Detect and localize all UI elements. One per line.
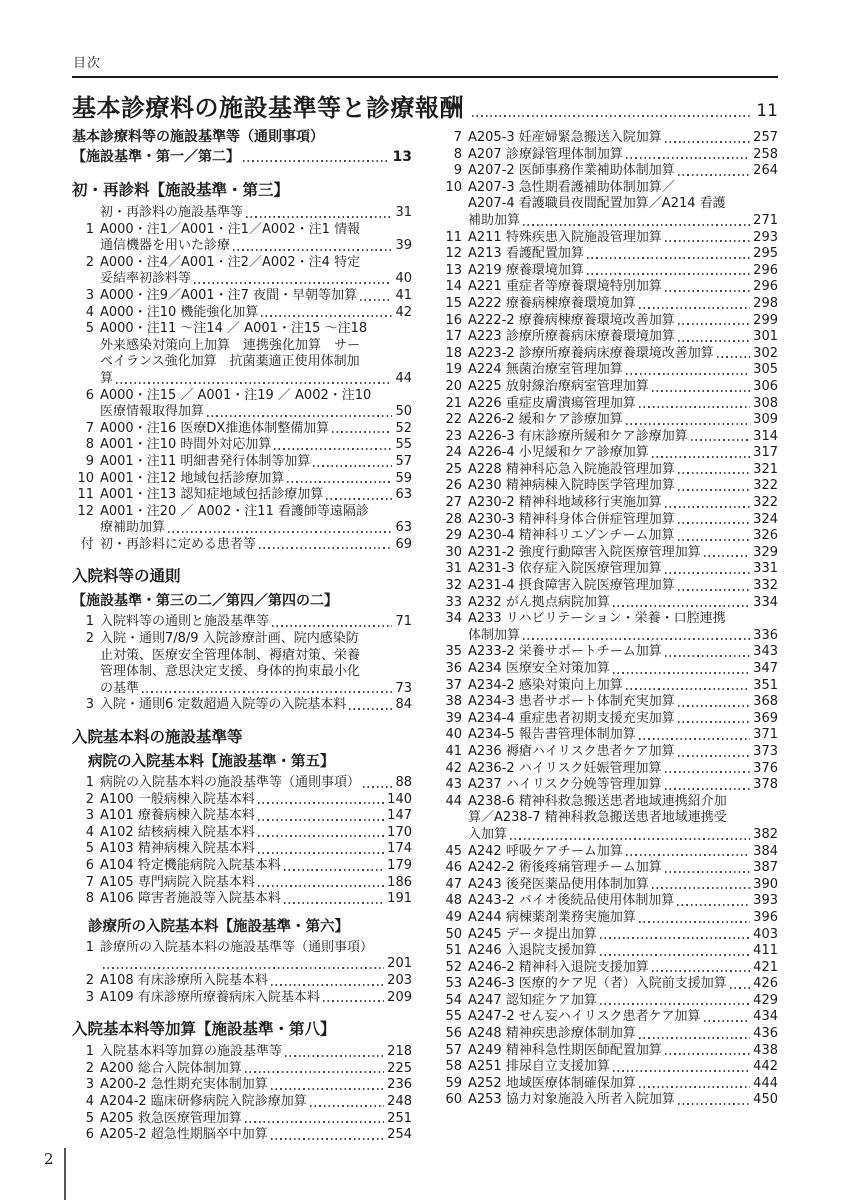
toc-entry-line: 1入院料等の通則と施設基準等71 [72, 614, 412, 631]
entry-text: 入院基本料等加算の施設基準等 [100, 1044, 282, 1061]
entry-text: A000・注15 ／ A001・注19 ／ A002・注10 [100, 388, 371, 405]
dot-leader [313, 465, 392, 467]
entry-text: 算／A238-7 精神科救急搬送患者地域連携受 [468, 810, 727, 827]
toc-entry-line: 27A230-2 精神科地域移行実施加算322 [440, 495, 778, 512]
entry-number: 17 [440, 329, 462, 346]
toc-entry-line: 2A100 一般病棟入院基本料140 [72, 792, 412, 809]
toc-entries: 1入院基本料等加算の施設基準等2182A200 総合入院体制加算2253A200… [72, 1044, 412, 1144]
dot-leader [271, 1088, 384, 1090]
entry-page-number: 251 [387, 1111, 412, 1128]
toc-entry-line: 52A246-2 精神科入退院支援加算421 [440, 960, 778, 977]
entry-text: A200 総合入院体制加算 [100, 1061, 242, 1078]
toc-entry-line: 体制加算336 [440, 628, 778, 645]
header-rule [72, 76, 778, 78]
entry-number: 47 [440, 877, 462, 894]
entry-page-number: 329 [753, 545, 778, 562]
dot-leader [665, 290, 750, 292]
dot-leader [207, 415, 392, 417]
dot-leader [678, 323, 750, 325]
toc-entry-line: 5A103 精神病棟入院基本料174 [72, 841, 412, 858]
entry-page-number: 376 [753, 761, 778, 778]
main-title-row: 基本診療料の施設基準等と診療報酬 11 [72, 88, 778, 123]
toc-entry-line: 12A213 看護配置加算295 [440, 246, 778, 263]
dot-leader [287, 481, 392, 483]
entry-page-number: 309 [753, 412, 778, 429]
entry-text: A104 特定機能病院入院基本料 [100, 858, 281, 875]
toc-entry-line: 4A102 結核病棟入院基本料170 [72, 825, 412, 842]
entry-page-number: 41 [395, 288, 412, 305]
entry-page-number: 396 [753, 910, 778, 927]
toc-entry-line: 補助加算271 [440, 213, 778, 230]
toc-entry-line: 3A109 有床診療所療養病床入院基本料209 [72, 990, 412, 1007]
toc-entry-line: 15A222 療養病棟療養環境加算298 [440, 296, 778, 313]
entry-text: A237 ハイリスク分娩等管理加算 [468, 777, 662, 794]
toc-entry-line: 55A247-2 せん妄ハイリスク患者ケア加算434 [440, 1009, 778, 1026]
entry-page-number: 421 [753, 960, 778, 977]
entry-page-number: 73 [395, 681, 412, 698]
entry-text: 算 [100, 371, 113, 388]
entry-number: 12 [440, 246, 462, 263]
toc-entry-line: 51A246 入退院支援加算411 [440, 943, 778, 960]
toc-entry-line: 37A234-2 感染対策向上加算351 [440, 678, 778, 695]
toc-section-heading: 基本診療料等の施設基準等（通則事項） [72, 127, 412, 147]
toc-entry-line: 40A234-5 報告書管理体制加算371 [440, 727, 778, 744]
dot-leader [639, 1037, 750, 1039]
entry-page-number: 444 [753, 1076, 778, 1093]
dot-leader [116, 382, 392, 384]
entry-text: A243 後発医薬品使用体制加算 [468, 877, 649, 894]
toc-entry-line: 22A226-2 緩和ケア診療加算309 [440, 412, 778, 429]
entry-page-number: 71 [395, 614, 412, 631]
entry-text: A234-2 感染対策向上加算 [468, 678, 623, 695]
entry-text: A219 療養環境加算 [468, 263, 584, 280]
entry-text: 医療情報取得加算 [100, 404, 204, 421]
dot-leader [665, 506, 750, 508]
entry-number: 4 [72, 305, 94, 322]
toc-entry-line: 46A242-2 術後疼痛管理チーム加算387 [440, 860, 778, 877]
dot-leader [332, 431, 392, 433]
entry-page-number: 203 [387, 973, 412, 990]
entry-page-number: 254 [387, 1127, 412, 1144]
entry-text: A000・注1／A001・注1／A002・注1 情報 [100, 222, 360, 239]
entry-page-number: 63 [395, 520, 412, 537]
heading-text: 【施設基準・第一／第二】 [72, 147, 240, 167]
entry-text: 診療所の入院基本料の施設基準等（通則事項） [100, 940, 373, 957]
dot-leader [284, 869, 384, 871]
entry-text: 通信機器を用いた診療 [100, 238, 230, 255]
entry-number: 8 [440, 147, 462, 164]
entry-page-number: 209 [387, 990, 412, 1007]
entry-text: A233 リハビリテーション・栄養・口腔連携 [468, 611, 726, 628]
entry-text: A207-4 看護職員夜間配置加算／A214 看護 [468, 196, 726, 213]
entry-text: A205 救急医療管理加算 [100, 1111, 242, 1128]
entry-text: A230-3 精神科身体合併症管理加算 [468, 512, 675, 529]
entry-text: 入院・通則6 定数超過入院等の入院基本料 [100, 697, 346, 714]
entry-page-number: 347 [753, 661, 778, 678]
entry-page-number: 186 [387, 875, 412, 892]
entry-number: 25 [440, 462, 462, 479]
toc-entry-line: 41A236 褥瘡ハイリスク患者ケア加算373 [440, 744, 778, 761]
entry-number: 16 [440, 313, 462, 330]
entry-number: 14 [440, 279, 462, 296]
toc-entry-line: 33A232 がん拠点病院加算334 [440, 595, 778, 612]
entry-text: 療補助加算 [100, 520, 165, 537]
entry-page-number: 322 [753, 478, 778, 495]
entry-page-number: 55 [395, 437, 412, 454]
entry-number: 8 [72, 891, 94, 908]
dot-leader [678, 340, 750, 342]
entry-text: 補助加算 [468, 213, 520, 230]
entry-number: 51 [440, 943, 462, 960]
dot-leader [677, 904, 750, 906]
dot-leader [349, 708, 392, 710]
entry-page-number: 147 [387, 808, 412, 825]
entry-number: 31 [440, 561, 462, 578]
entry-number: 23 [440, 429, 462, 446]
dot-leader [665, 871, 750, 873]
toc-entry-line: 5A205 救急医療管理加算251 [72, 1111, 412, 1128]
toc-entry-line: 11A211 特殊疾患入院施設管理加算293 [440, 230, 778, 247]
entry-text: A243-2 バイオ後続品使用体制加算 [468, 893, 674, 910]
dot-leader [665, 771, 751, 773]
footer-page-number: 2 [44, 1150, 54, 1168]
toc-entry-line: 9A207-2 医師事務作業補助体制加算264 [440, 163, 778, 180]
entry-number: 34 [440, 611, 462, 628]
entry-number: 5 [72, 321, 94, 338]
toc-entry-line: 8A207 診療録管理体制加算258 [440, 147, 778, 164]
entry-page-number: 322 [753, 495, 778, 512]
toc-entry-line: 39A234-4 重症患者初期支援充実加算369 [440, 711, 778, 728]
toc-entry-line: 53A246-3 医療的ケア児（者）入院前支援加算426 [440, 976, 778, 993]
toc-entry-line: 18A223-2 診療所療養病床療養環境改善加算302 [440, 346, 778, 363]
toc-entries: 1入院料等の通則と施設基準等712入院・通則7/8/9 入院診療計画、院内感染防… [72, 614, 412, 714]
entry-page-number: 84 [395, 697, 412, 714]
toc-entry-line: 6A000・注15 ／ A001・注19 ／ A002・注10 [72, 388, 412, 405]
entry-text: 管理体制、意思決定支援、身体的拘束最小化 [100, 664, 360, 681]
entry-text: 外来感染対策向上加算 連携強化加算 サー [100, 338, 360, 355]
dot-leader [704, 1020, 751, 1022]
toc-entry-line: 3入院・通則6 定数超過入院等の入院基本料84 [72, 697, 412, 714]
toc-entry-line: 2A200 総合入院体制加算225 [72, 1061, 412, 1078]
entry-page-number: 317 [753, 445, 778, 462]
entry-page-number: 140 [387, 792, 412, 809]
entry-page-number: 170 [387, 825, 412, 842]
entry-text: A211 特殊疾患入院施設管理加算 [468, 230, 662, 247]
entry-text: A234 医療安全対策加算 [468, 661, 610, 678]
entry-page-number: 369 [753, 711, 778, 728]
entry-number: 26 [440, 478, 462, 495]
entry-page-number: 44 [395, 371, 412, 388]
footer-rule [64, 1148, 66, 1200]
dot-leader [678, 589, 750, 591]
entry-text: A213 看護配置加算 [468, 246, 584, 263]
entry-text: A221 重症者等療養環境特別加算 [468, 279, 662, 296]
dot-leader [523, 638, 750, 640]
entry-text: A234-3 患者サポート体制充実加算 [468, 694, 675, 711]
entry-text: A225 放射線治療病室管理加算 [468, 379, 649, 396]
dot-leader [652, 390, 750, 392]
entry-number: 55 [440, 1009, 462, 1026]
entry-text: A000・注11 ～注14 ／ A001・注15 ～注18 [100, 321, 367, 338]
entry-page-number: 257 [753, 130, 778, 147]
entry-page-number: 429 [753, 993, 778, 1010]
dot-leader [626, 688, 750, 690]
entry-number: 21 [440, 396, 462, 413]
entry-text: 止対策、医療安全管理体制、褥瘡対策、栄養 [100, 648, 360, 665]
entry-text: A103 精神病棟入院基本料 [100, 841, 255, 858]
entry-text: A231-3 依存症入院医療管理加算 [468, 561, 662, 578]
toc-entry-line: 32A231-4 摂食障害入院医療管理加算332 [440, 578, 778, 595]
entry-number: 3 [72, 808, 94, 825]
entry-text: A233-2 栄養サポートチーム加算 [468, 644, 662, 661]
dot-leader [285, 1055, 384, 1057]
dot-leader [246, 216, 392, 218]
entry-page-number: 382 [753, 827, 778, 844]
entry-page-number: 343 [753, 644, 778, 661]
entry-text: A246-3 医療的ケア児（者）入院前支援加算 [468, 976, 727, 993]
toc-right-column: 7A205-3 妊産婦緊急搬送入院加算2578A207 診療録管理体制加算258… [440, 127, 778, 1144]
toc-entry-line: 3A200-2 急性期充実体制加算236 [72, 1077, 412, 1094]
entry-number: 9 [72, 454, 94, 471]
entry-number: 1 [72, 222, 94, 239]
entry-text: 病院の入院基本料の施設基準等（通則事項） [100, 775, 360, 792]
entry-page-number: 336 [753, 628, 778, 645]
dot-leader [142, 691, 392, 693]
dot-leader [626, 423, 750, 425]
entry-page-number: 57 [395, 454, 412, 471]
dot-leader [704, 555, 750, 557]
entry-text: A226-4 小児緩和ケア診療加算 [468, 445, 649, 462]
dot-leader [613, 605, 750, 607]
entry-number: 45 [440, 844, 462, 861]
entry-text: A000・注4／A001・注2／A002・注4 特定 [100, 255, 360, 272]
entry-text: A231-4 摂食障害入院医療管理加算 [468, 578, 675, 595]
entry-page-number: 52 [395, 421, 412, 438]
toc-entry-line: 19A224 無菌治療室管理加算305 [440, 362, 778, 379]
entry-page-number: 326 [753, 528, 778, 545]
entry-number: 54 [440, 993, 462, 1010]
entry-text: A228 精神科応急入院施設管理加算 [468, 462, 675, 479]
entry-text: A000・注9／A001・注7 夜間・早朝等加算 [100, 288, 357, 305]
entry-number: 60 [440, 1092, 462, 1109]
dot-leader [259, 547, 392, 549]
dot-leader [626, 373, 750, 375]
entry-page-number: 314 [753, 429, 778, 446]
toc-entry-line: 29A230-4 精神科リエゾンチーム加算326 [440, 528, 778, 545]
entry-number: 46 [440, 860, 462, 877]
toc-entry-line: 28A230-3 精神科身体合併症管理加算324 [440, 512, 778, 529]
entry-page-number: 296 [753, 263, 778, 280]
entry-page-number: 332 [753, 578, 778, 595]
entry-number: 10 [440, 180, 462, 197]
entry-text: A207-3 急性期看護補助体制加算／ [468, 180, 675, 197]
dot-leader [472, 115, 750, 117]
entry-page-number: 191 [387, 891, 412, 908]
toc-entry-line: 2A108 有床診療所入院基本料203 [72, 973, 412, 990]
entry-page-number: 88 [395, 775, 412, 792]
entry-number: 56 [440, 1026, 462, 1043]
toc-section-heading: 入院基本料の施設基準等 [72, 727, 412, 748]
entry-number: 15 [440, 296, 462, 313]
dot-leader [639, 406, 750, 408]
entry-number: 8 [72, 437, 94, 454]
dot-leader [626, 854, 750, 856]
dot-leader [665, 240, 750, 242]
toc-entries: 1病院の入院基本料の施設基準等（通則事項）882A100 一般病棟入院基本料14… [72, 775, 412, 908]
entry-text: A230-4 精神科リエゾンチーム加算 [468, 528, 675, 545]
dot-leader [639, 738, 750, 740]
toc-entry-line: 算44 [72, 371, 412, 388]
entry-text: A200-2 急性期充実体制加算 [100, 1077, 268, 1094]
entry-page-number: 371 [753, 727, 778, 744]
dot-leader [523, 224, 750, 226]
entry-text: A001・注12 地域包括診療加算 [100, 471, 284, 488]
toc-entry-line: 7A105 専門病院入院基本料186 [72, 875, 412, 892]
entry-text: 初・再診料の施設基準等 [100, 205, 243, 222]
entry-number: 37 [440, 678, 462, 695]
entry-page-number: 248 [387, 1094, 412, 1111]
toc-columns: 基本診療料等の施設基準等（通則事項）【施設基準・第一／第二】13初・再診料【施設… [72, 127, 778, 1144]
dot-leader [665, 655, 750, 657]
entry-number: 53 [440, 976, 462, 993]
entry-number: 44 [440, 794, 462, 811]
toc-entry-line: 42A236-2 ハイリスク妊娠管理加算376 [440, 761, 778, 778]
entry-number: 18 [440, 346, 462, 363]
toc-entry-line: 20A225 放射線治療病室管理加算306 [440, 379, 778, 396]
dot-leader [613, 1070, 750, 1072]
entry-page-number: 295 [753, 246, 778, 263]
dot-leader [271, 1138, 384, 1140]
entry-number: 50 [440, 927, 462, 944]
heading-page-number: 13 [393, 147, 412, 167]
entry-text: A207 診療録管理体制加算 [468, 147, 623, 164]
entry-number: 1 [72, 614, 94, 631]
dot-leader [600, 1003, 750, 1005]
toc-entry-line: 30A231-2 強度行動障害入院医療管理加算329 [440, 545, 778, 562]
toc-entry-line: ベイランス強化加算 抗菌薬適正使用体制加 [72, 354, 412, 371]
entry-page-number: 174 [387, 841, 412, 858]
main-title: 基本診療料の施設基準等と診療報酬 [72, 88, 464, 123]
entry-number: 19 [440, 362, 462, 379]
entry-text: A226 重症皮膚潰瘍管理加算 [468, 396, 636, 413]
heading-text: 基本診療料等の施設基準等（通則事項） [72, 127, 324, 147]
entry-page-number: 218 [387, 1044, 412, 1061]
dot-leader [665, 788, 751, 790]
toc-entry-line: 6A104 特定機能病院入院基本料179 [72, 858, 412, 875]
entry-text: A247-2 せん妄ハイリスク患者ケア加算 [468, 1009, 701, 1026]
entry-number: 28 [440, 512, 462, 529]
entry-number: 41 [440, 744, 462, 761]
entry-text: A100 一般病棟入院基本料 [100, 792, 255, 809]
entry-page-number: 378 [753, 777, 778, 794]
entry-page-number: 63 [395, 487, 412, 504]
entry-text: A001・注20 ／ A002・注11 看護師等遠隔診 [100, 504, 369, 521]
heading-text: 【施設基準・第三の二／第四／第四の二】 [72, 591, 338, 611]
dot-leader [639, 307, 750, 309]
toc-entry-line: 31A231-3 依存症入院医療管理加算331 [440, 561, 778, 578]
entry-text: A205-2 超急性期脳卒中加算 [100, 1127, 268, 1144]
dot-leader [272, 625, 392, 627]
entry-number: 32 [440, 578, 462, 595]
toc-entry-line: 54A247 認知症ケア加算429 [440, 993, 778, 1010]
toc-entry-line: 13A219 療養環境加算296 [440, 263, 778, 280]
entry-page-number: 373 [753, 744, 778, 761]
toc-entry-line: 45A242 呼吸ケアチーム加算384 [440, 844, 778, 861]
entry-text: A246 入退院支援加算 [468, 943, 597, 960]
entry-page-number: 42 [395, 305, 412, 322]
entry-page-number: 31 [395, 205, 412, 222]
entry-number: 11 [440, 230, 462, 247]
toc-entry-line: 57A249 精神科急性期医師配置加算438 [440, 1043, 778, 1060]
entry-text: A223-2 診療所療養病床療養環境改善加算 [468, 346, 714, 363]
toc-entry-line: 36A234 医療安全対策加算347 [440, 661, 778, 678]
toc-entry-line: 付初・再診料に定める患者等69 [72, 537, 412, 554]
toc-entry-line: 48A243-2 バイオ後続品使用体制加算393 [440, 893, 778, 910]
entry-text: A105 専門病院入院基本料 [100, 875, 255, 892]
dot-leader [274, 448, 392, 450]
toc-entry-line: 入加算382 [440, 827, 778, 844]
entry-number: 59 [440, 1076, 462, 1093]
toc-entry-line: A207-4 看護職員夜間配置加算／A214 看護 [440, 196, 778, 213]
heading-text: 入院料等の通則 [72, 567, 181, 585]
entry-number: 7 [440, 130, 462, 147]
entry-text: A252 地域医療体制確保加算 [468, 1076, 636, 1093]
entry-number: 5 [72, 1111, 94, 1128]
entry-number: 27 [440, 495, 462, 512]
dot-leader [639, 921, 750, 923]
dot-leader [103, 967, 384, 969]
dot-leader [613, 672, 750, 674]
entry-number: 33 [440, 595, 462, 612]
dot-leader [258, 835, 384, 837]
dot-leader [678, 522, 750, 524]
dot-leader [363, 786, 392, 788]
entry-text: A253 協力対象施設入所者入院加算 [468, 1092, 675, 1109]
toc-section-heading: 【施設基準・第一／第二】13 [72, 147, 412, 167]
entry-text: A001・注13 認知症地域包括診療加算 [100, 487, 323, 504]
entry-page-number: 305 [753, 362, 778, 379]
dot-leader [678, 705, 750, 707]
entry-text: A101 療養病棟入院基本料 [100, 808, 255, 825]
entry-number: 58 [440, 1059, 462, 1076]
contents-label: 目次 [73, 52, 101, 71]
entry-number: 7 [72, 875, 94, 892]
dot-leader [258, 852, 384, 854]
dot-leader [261, 315, 392, 317]
entry-page-number: 438 [753, 1043, 778, 1060]
toc-entry-line: 1病院の入院基本料の施設基準等（通則事項）88 [72, 775, 412, 792]
entry-text: A251 排尿自立支援加算 [468, 1059, 610, 1076]
entry-text: A000・注10 機能強化加算 [100, 305, 258, 322]
entry-page-number: 40 [395, 271, 412, 288]
toc-entry-line: 47A243 後発医薬品使用体制加算390 [440, 877, 778, 894]
entry-number: 11 [72, 487, 94, 504]
entry-page-number: 321 [753, 462, 778, 479]
dot-leader [258, 885, 384, 887]
entry-page-number: 324 [753, 512, 778, 529]
toc-entry-line: 2入院・通則7/8/9 入院診療計画、院内感染防 [72, 631, 412, 648]
dot-leader [258, 802, 384, 804]
entry-page-number: 179 [387, 858, 412, 875]
entry-text: A109 有床診療所療養病床入院基本料 [100, 990, 320, 1007]
toc-entry-line: 23A226-3 有床診療所緩和ケア診療加算314 [440, 429, 778, 446]
entry-number: 7 [72, 421, 94, 438]
heading-text: 入院基本料の施設基準等 [72, 728, 243, 746]
entry-text: の基準 [100, 681, 139, 698]
toc-section-heading: 診療所の入院基本料【施設基準・第六】 [72, 917, 412, 937]
entry-number: 6 [72, 388, 94, 405]
entry-number: 2 [72, 792, 94, 809]
